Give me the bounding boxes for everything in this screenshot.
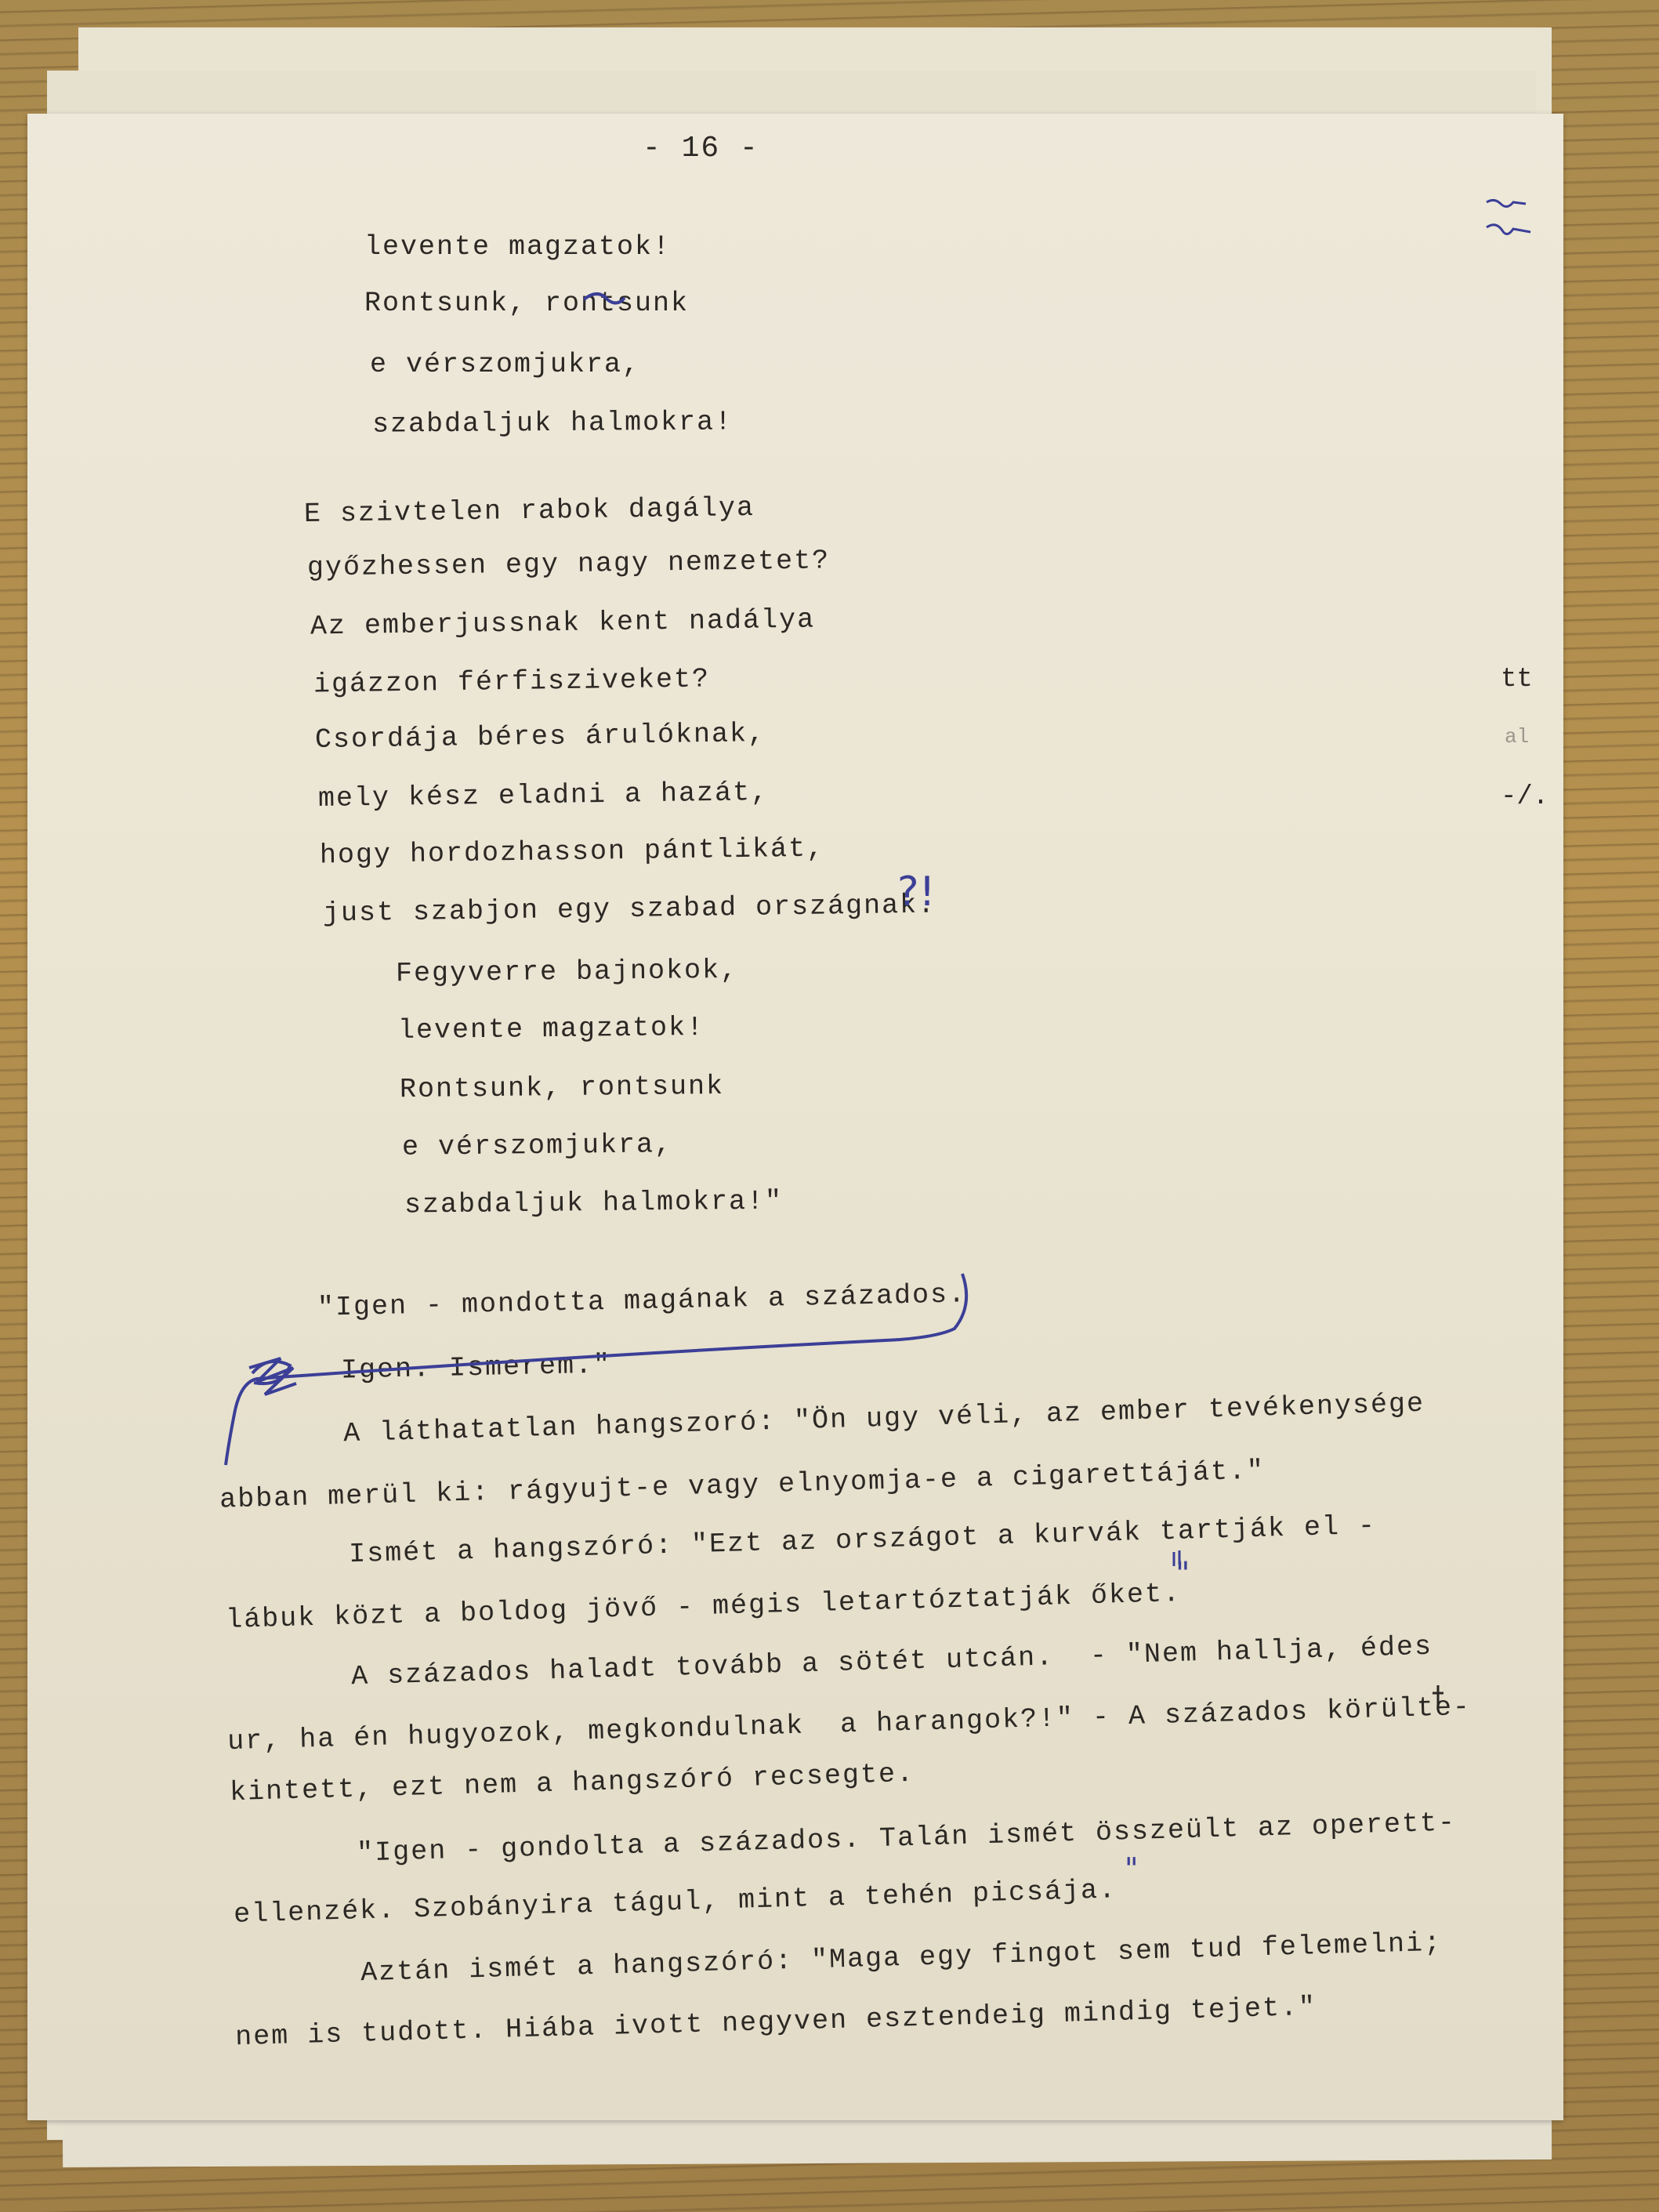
poem-line: E szivtelen rabok dagálya (304, 492, 755, 530)
margin-fragment: -/. (1501, 782, 1549, 812)
poem-line: Csordája béres árulóknak, (315, 718, 766, 756)
poem-line: e vérszomjukra, (370, 349, 640, 380)
handwritten-closing-quote: " (1125, 1851, 1138, 1886)
poem-line: e vérszomjukra, (402, 1129, 672, 1163)
poem-line: igázzon férfisziveket? (313, 663, 711, 700)
margin-fragment: al (1505, 725, 1529, 749)
handwritten-closing-quote: " (1175, 1556, 1190, 1592)
poem-line: Rontsunk, rontsunk (364, 288, 689, 319)
poem-line: levente magzatok! (364, 231, 671, 263)
back-sheet-bottom-edge (63, 2112, 1552, 2167)
prose-line: Igen. Ismerem." (341, 1349, 612, 1386)
page-number: - 16 - (643, 132, 759, 165)
poem-line: levente magzatok! (398, 1012, 705, 1046)
handwritten-question-exclaim: ?! (897, 868, 935, 916)
poem-line: Fegyverre bajnokok, (396, 955, 738, 990)
poem-line: Rontsunk, rontsunk (400, 1071, 724, 1105)
poem-line: mely kész eladni a hazát, (318, 777, 770, 814)
margin-fragment: tt (1501, 665, 1533, 694)
poem-line: szabdaljuk halmokra! (372, 406, 733, 440)
poem-line: szabdaljuk halmokra!" (404, 1185, 783, 1220)
